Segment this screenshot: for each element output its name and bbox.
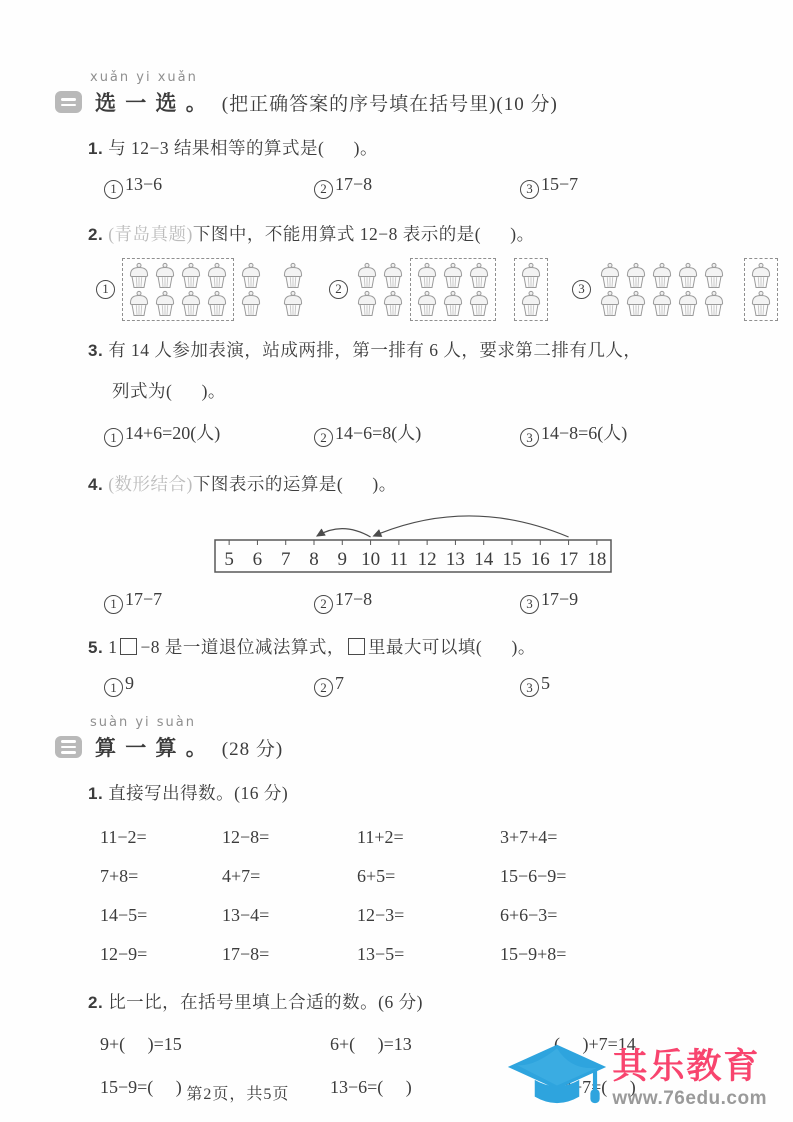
option-3: 317−9 bbox=[520, 589, 793, 614]
cupcake-icon bbox=[519, 290, 543, 317]
brand-url: www.76edu.com bbox=[612, 1088, 767, 1110]
question-4-stem: 下图表示的运算是( )。 bbox=[193, 474, 397, 494]
cupcake-icon bbox=[676, 262, 700, 289]
cupcake-icon bbox=[598, 262, 622, 289]
logo-text: 其乐教育 www.76edu.com bbox=[612, 1048, 767, 1110]
option-1: 117−7 bbox=[104, 589, 314, 614]
question-5-stem-pre: 1 bbox=[108, 637, 117, 657]
circled-number-icon: 1 bbox=[104, 678, 123, 697]
blank-box bbox=[348, 638, 365, 655]
svg-text:13: 13 bbox=[446, 549, 465, 570]
cupcake-icon bbox=[179, 290, 203, 317]
option-1: 19 bbox=[104, 673, 314, 698]
circled-number-icon: 3 bbox=[520, 678, 539, 697]
option-text: 7 bbox=[335, 673, 344, 693]
expression-cell: 4+7= bbox=[222, 866, 357, 887]
direct-calculation-grid: 11−2=12−8=11+2=3+7+4=7+8=4+7=6+5=15−6−9=… bbox=[100, 827, 793, 965]
circled-number-icon: 3 bbox=[520, 595, 539, 614]
svg-text:17: 17 bbox=[559, 549, 578, 570]
question-5: 5.1−8 是一道退位减法算式，里最大可以填( )。 bbox=[88, 634, 793, 659]
option-2: 214−6=8(人) bbox=[314, 419, 520, 448]
cupcake-icon bbox=[205, 290, 229, 317]
cupcake-icon bbox=[650, 262, 674, 289]
logo: 其乐教育 www.76edu.com bbox=[506, 1042, 767, 1116]
question-4-options: 117−7217−8317−9 bbox=[104, 589, 793, 614]
svg-text:12: 12 bbox=[418, 549, 437, 570]
section-two-title: 选 一 选 。 bbox=[95, 87, 209, 117]
expression-cell: 7+8= bbox=[100, 866, 222, 887]
option-text: 13−6 bbox=[125, 174, 162, 194]
expression-cell: 6+6−3= bbox=[500, 905, 793, 926]
option-text: 14+6=20(人) bbox=[125, 423, 220, 443]
expression-cell: 15−9+8= bbox=[500, 944, 793, 965]
option-text: 14−6=8(人) bbox=[335, 423, 421, 443]
numberline: 56789101112131415161718 bbox=[213, 510, 793, 579]
expression-cell: 13−5= bbox=[357, 944, 500, 965]
circled-number-icon: 3 bbox=[572, 280, 591, 299]
option-text: 14−8=6(人) bbox=[541, 423, 627, 443]
cupcake-icon bbox=[239, 290, 263, 317]
option-text: 17−7 bbox=[125, 589, 162, 609]
cupcake-icon bbox=[179, 262, 203, 289]
circled-number-icon: 1 bbox=[104, 428, 123, 447]
question-5-options: 192735 bbox=[104, 673, 793, 698]
cupcake-icon bbox=[153, 262, 177, 289]
graduation-cap-icon bbox=[506, 1042, 608, 1116]
cupcake-icon bbox=[127, 262, 151, 289]
expression-cell: 13−4= bbox=[222, 905, 357, 926]
cupcake-icon bbox=[415, 262, 439, 289]
cupcake-icon bbox=[702, 262, 726, 289]
question-3: 3.有 14 人参加表演，站成两排，第一排有 6 人，要求第二排有几人， 列式为… bbox=[88, 337, 793, 403]
cupcake-icon bbox=[624, 262, 648, 289]
question-4-method-tag: (数形结合) bbox=[108, 474, 193, 494]
svg-text:9: 9 bbox=[338, 549, 348, 570]
numberline-svg: 56789101112131415161718 bbox=[213, 510, 613, 574]
question-1-stem: 与 12−3 结果相等的算式是( )。 bbox=[108, 138, 378, 158]
cupcake-icon bbox=[702, 290, 726, 317]
section-three-score-note: (28 分) bbox=[222, 734, 283, 761]
svg-text:5: 5 bbox=[224, 549, 234, 570]
option-2: 217−8 bbox=[314, 589, 520, 614]
section-two-score-note: (把正确答案的序号填在括号里)(10 分) bbox=[222, 89, 558, 116]
cupcake-icon bbox=[467, 262, 491, 289]
cupcake-figure-2: 2 bbox=[329, 258, 548, 321]
cupcake-group bbox=[598, 262, 726, 317]
brand-name: 其乐教育 bbox=[612, 1048, 767, 1087]
option-text: 17−8 bbox=[335, 174, 372, 194]
expression-cell: 11−2= bbox=[100, 827, 222, 848]
svg-text:14: 14 bbox=[474, 549, 494, 570]
pinyin-xuan-yi-xuan: xuǎn yi xuǎn bbox=[90, 70, 793, 85]
calc-subquestion-1: 1.直接写出得数。(16 分) bbox=[88, 780, 793, 805]
calc-subquestion-2: 2.比一比，在括号里填上合适的数。(6 分) bbox=[88, 989, 793, 1014]
blank-box bbox=[120, 638, 137, 655]
svg-text:7: 7 bbox=[281, 549, 291, 570]
option-1: 114+6=20(人) bbox=[104, 419, 314, 448]
question-2-number: 2. bbox=[88, 225, 103, 244]
cupcake-icon bbox=[650, 290, 674, 317]
question-1: 1.与 12−3 结果相等的算式是( )。 bbox=[88, 135, 793, 160]
cupcake-icon bbox=[281, 262, 305, 289]
option-text: 17−9 bbox=[541, 589, 578, 609]
cupcake-icon bbox=[355, 262, 379, 289]
cupcake-icon bbox=[624, 290, 648, 317]
option-3: 35 bbox=[520, 673, 793, 698]
svg-text:18: 18 bbox=[587, 549, 606, 570]
option-text: 15−7 bbox=[541, 174, 578, 194]
cupcake-icon bbox=[467, 290, 491, 317]
question-5-stem-mid: −8 是一道退位减法算式， bbox=[140, 637, 345, 657]
cupcake-group bbox=[355, 262, 405, 317]
cupcake-figure-3: 3 bbox=[572, 258, 778, 321]
dashed-cupcake-group bbox=[410, 258, 496, 321]
question-2-source-tag: (青岛真题) bbox=[108, 224, 193, 244]
expression-cell: 6+5= bbox=[357, 866, 500, 887]
expression-cell: 11+2= bbox=[357, 827, 500, 848]
option-1: 113−6 bbox=[104, 174, 314, 199]
expression-cell: 12−3= bbox=[357, 905, 500, 926]
option-text: 17−8 bbox=[335, 589, 372, 609]
option-3: 315−7 bbox=[520, 174, 793, 199]
circled-number-icon: 3 bbox=[520, 180, 539, 199]
question-3-stem-line1: 有 14 人参加表演，站成两排，第一排有 6 人，要求第二排有几人， bbox=[108, 340, 641, 360]
cupcake-icon bbox=[127, 290, 151, 317]
worksheet-page: xuǎn yi xuǎn 选 一 选 。 (把正确答案的序号填在括号里)(10 … bbox=[0, 0, 793, 1122]
calc-subquestion-1-text: 直接写出得数。(16 分) bbox=[108, 783, 288, 803]
option-2: 27 bbox=[314, 673, 520, 698]
cupcake-icon bbox=[598, 290, 622, 317]
cupcake-figure-1: 1 bbox=[96, 258, 305, 321]
cupcake-icon bbox=[153, 290, 177, 317]
cupcake-icon bbox=[749, 290, 773, 317]
question-2-figures: 123 bbox=[96, 258, 793, 321]
cupcake-icon bbox=[381, 290, 405, 317]
expression-cell: 9+( )=15 bbox=[100, 1034, 330, 1055]
question-1-options: 113−6217−8315−7 bbox=[104, 174, 793, 199]
svg-text:11: 11 bbox=[390, 549, 408, 570]
circled-number-icon: 1 bbox=[96, 280, 115, 299]
circled-number-icon: 3 bbox=[520, 428, 539, 447]
circled-number-icon: 2 bbox=[314, 180, 333, 199]
question-3-number: 3. bbox=[88, 341, 103, 360]
calc-subquestion-1-number: 1. bbox=[88, 784, 103, 803]
cupcake-icon bbox=[239, 262, 263, 289]
expression-cell: 12−8= bbox=[222, 827, 357, 848]
svg-text:8: 8 bbox=[309, 549, 319, 570]
section-two-badge bbox=[55, 91, 82, 113]
cupcake-icon bbox=[749, 262, 773, 289]
question-2-stem: 下图中，不能用算式 12−8 表示的是( )。 bbox=[193, 224, 535, 244]
question-3-options: 114+6=20(人)214−6=8(人)314−8=6(人) bbox=[104, 419, 793, 448]
section-three-badge bbox=[55, 736, 82, 758]
circled-number-icon: 1 bbox=[104, 595, 123, 614]
expression-cell: 12−9= bbox=[100, 944, 222, 965]
calc-subquestion-2-number: 2. bbox=[88, 993, 103, 1012]
cupcake-icon bbox=[441, 262, 465, 289]
expression-cell: 3+7+4= bbox=[500, 827, 793, 848]
option-text: 5 bbox=[541, 673, 550, 693]
dashed-cupcake-group bbox=[744, 258, 778, 321]
question-4: 4.(数形结合)下图表示的运算是( )。 bbox=[88, 471, 793, 496]
dashed-cupcake-group bbox=[122, 258, 234, 321]
cupcake-group bbox=[281, 262, 305, 317]
cupcake-icon bbox=[281, 290, 305, 317]
cupcake-icon bbox=[519, 262, 543, 289]
question-2: 2.(青岛真题)下图中，不能用算式 12−8 表示的是( )。 bbox=[88, 221, 793, 246]
option-2: 217−8 bbox=[314, 174, 520, 199]
svg-text:15: 15 bbox=[503, 549, 522, 570]
page-number: 第2页，共5页 bbox=[0, 1081, 476, 1104]
circled-number-icon: 1 bbox=[104, 180, 123, 199]
section-three-title: 算 一 算 。 bbox=[95, 732, 209, 762]
question-5-stem-post: 里最大可以填( )。 bbox=[368, 637, 536, 657]
expression-cell: 17−8= bbox=[222, 944, 357, 965]
question-1-number: 1. bbox=[88, 139, 103, 158]
option-3: 314−8=6(人) bbox=[520, 419, 793, 448]
circled-number-icon: 2 bbox=[314, 678, 333, 697]
section-three-header: 算 一 算 。 (28 分) bbox=[55, 732, 793, 762]
cupcake-icon bbox=[676, 290, 700, 317]
circled-number-icon: 2 bbox=[314, 595, 333, 614]
svg-text:10: 10 bbox=[361, 549, 380, 570]
calc-subquestion-2-text: 比一比，在括号里填上合适的数。(6 分) bbox=[108, 992, 423, 1012]
pinyin-suan-yi-suan: suàn yi suàn bbox=[90, 715, 793, 730]
expression-cell: 14−5= bbox=[100, 905, 222, 926]
section-two-header: 选 一 选 。 (把正确答案的序号填在括号里)(10 分) bbox=[55, 87, 793, 117]
svg-text:16: 16 bbox=[531, 549, 550, 570]
cupcake-icon bbox=[381, 262, 405, 289]
dashed-cupcake-group bbox=[514, 258, 548, 321]
expression-cell: 15−6−9= bbox=[500, 866, 793, 887]
cupcake-icon bbox=[441, 290, 465, 317]
cupcake-group bbox=[239, 262, 263, 317]
cupcake-icon bbox=[355, 290, 379, 317]
svg-text:6: 6 bbox=[253, 549, 262, 570]
question-5-number: 5. bbox=[88, 638, 103, 657]
cupcake-icon bbox=[415, 290, 439, 317]
circled-number-icon: 2 bbox=[329, 280, 348, 299]
question-4-number: 4. bbox=[88, 475, 103, 494]
option-text: 9 bbox=[125, 673, 134, 693]
cupcake-icon bbox=[205, 262, 229, 289]
question-3-stem-line2: 列式为( )。 bbox=[88, 378, 793, 403]
circled-number-icon: 2 bbox=[314, 428, 333, 447]
